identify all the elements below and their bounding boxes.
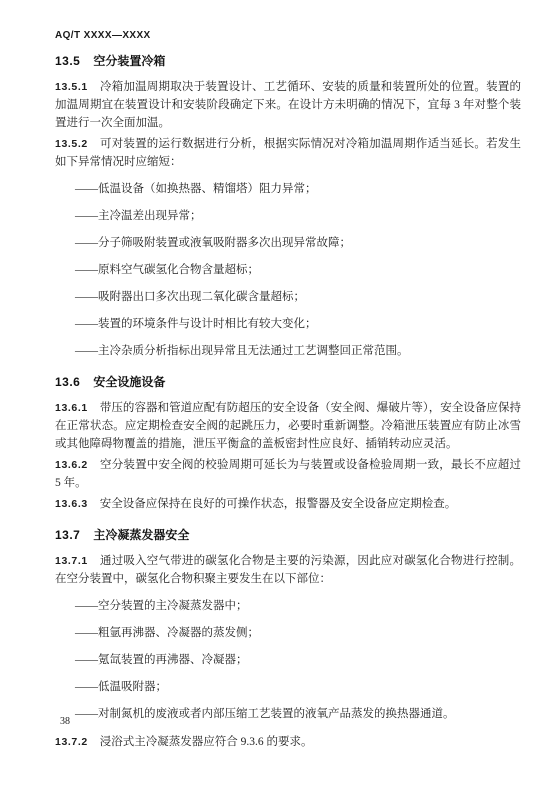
dash-list-item: ——主冷杂质分析指标出现异常且无法通过工艺调整回正常范围。 bbox=[55, 342, 521, 360]
clause-text: 安全设备应保持在良好的可操作状态，报警器及安全设备应定期检查。 bbox=[100, 498, 457, 510]
section-title: 安全设施设备 bbox=[93, 375, 165, 389]
clause-text: 可对装置的运行数据进行分析，根据实际情况对冷箱加温周期作适当延长。若发生如下异常… bbox=[55, 138, 521, 168]
section-title: 空分装置冷箱 bbox=[93, 54, 165, 68]
dash-list-item: ——吸附器出口多次出现二氧化碳含量超标； bbox=[55, 288, 521, 306]
standard-code: AQ/T XXXX—XXXX bbox=[55, 30, 151, 41]
section-number: 13.6 bbox=[55, 375, 80, 389]
running-header: AQ/T XXXX—XXXX bbox=[55, 30, 521, 41]
dash-list-item: ——原料空气碳氢化合物含量超标； bbox=[55, 261, 521, 279]
dash-list-item: ——氪氙装置的再沸器、冷凝器； bbox=[55, 651, 521, 669]
clause-number: 13.6.3 bbox=[55, 498, 88, 510]
page-number: 38 bbox=[60, 716, 70, 727]
clause-number: 13.5.1 bbox=[55, 81, 88, 93]
clause-13-5-2: 13.5.2可对装置的运行数据进行分析，根据实际情况对冷箱加温周期作适当延长。若… bbox=[55, 135, 521, 171]
clause-text: 通过吸入空气带进的碳氢化合物是主要的污染源，因此应对碳氢化合物进行控制。在空分装… bbox=[55, 555, 521, 585]
dash-list-item: ——空分装置的主冷凝蒸发器中； bbox=[55, 597, 521, 615]
clause-text: 带压的容器和管道应配有防超压的安全设备（安全阀、爆破片等），安全设备应保持在正常… bbox=[55, 402, 521, 450]
dash-list-item: ——粗氩再沸器、冷凝器的蒸发侧； bbox=[55, 624, 521, 642]
document-body: 13.5空分装置冷箱 13.5.1冷箱加温周期取决于装置设计、工艺循环、安装的质… bbox=[55, 53, 521, 751]
document-page: AQ/T XXXX—XXXX 13.5空分装置冷箱 13.5.1冷箱加温周期取决… bbox=[0, 0, 556, 788]
clause-13-6-2: 13.6.2空分装置中安全阀的校验周期可延长为与装置或设备检验周期一致，最长不应… bbox=[55, 456, 521, 492]
clause-13-7-1: 13.7.1通过吸入空气带进的碳氢化合物是主要的污染源，因此应对碳氢化合物进行控… bbox=[55, 552, 521, 588]
clause-number: 13.7.2 bbox=[55, 736, 88, 748]
section-number: 13.7 bbox=[55, 528, 80, 542]
dash-list-item: ——低温设备（如换热器、精馏塔）阻力异常； bbox=[55, 180, 521, 198]
clause-text: 空分装置中安全阀的校验周期可延长为与装置或设备检验周期一致，最长不应超过 5 年… bbox=[55, 459, 521, 489]
clause-number: 13.6.1 bbox=[55, 402, 88, 414]
dash-list-item: ——主冷温差出现异常； bbox=[55, 207, 521, 225]
section-heading-13-5: 13.5空分装置冷箱 bbox=[55, 53, 521, 69]
section-heading-13-7: 13.7主冷凝蒸发器安全 bbox=[55, 527, 521, 543]
page-footer: 38 bbox=[60, 716, 70, 727]
clause-text: 浸浴式主冷凝蒸发器应符合 9.3.6 的要求。 bbox=[100, 736, 313, 748]
clause-13-5-1: 13.5.1冷箱加温周期取决于装置设计、工艺循环、安装的质量和装置所处的位置。装… bbox=[55, 78, 521, 132]
clause-number: 13.7.1 bbox=[55, 555, 88, 567]
clause-text: 冷箱加温周期取决于装置设计、工艺循环、安装的质量和装置所处的位置。装置的加温周期… bbox=[55, 81, 521, 129]
clause-13-6-3: 13.6.3安全设备应保持在良好的可操作状态，报警器及安全设备应定期检查。 bbox=[55, 495, 521, 513]
clause-13-7-2: 13.7.2浸浴式主冷凝蒸发器应符合 9.3.6 的要求。 bbox=[55, 733, 521, 751]
dash-list-item: ——低温吸附器； bbox=[55, 678, 521, 696]
section-number: 13.5 bbox=[55, 54, 80, 68]
section-heading-13-6: 13.6安全设施设备 bbox=[55, 374, 521, 390]
section-title: 主冷凝蒸发器安全 bbox=[93, 528, 189, 542]
dash-list-item: ——分子筛吸附装置或液氧吸附器多次出现异常故障； bbox=[55, 234, 521, 252]
clause-number: 13.6.2 bbox=[55, 459, 88, 471]
clause-13-6-1: 13.6.1带压的容器和管道应配有防超压的安全设备（安全阀、爆破片等），安全设备… bbox=[55, 399, 521, 453]
dash-list-item: ——对制氮机的废液或者内部压缩工艺装置的液氧产品蒸发的换热器通道。 bbox=[55, 705, 521, 723]
dash-list-item: ——装置的环境条件与设计时相比有较大变化； bbox=[55, 315, 521, 333]
clause-number: 13.5.2 bbox=[55, 138, 88, 150]
